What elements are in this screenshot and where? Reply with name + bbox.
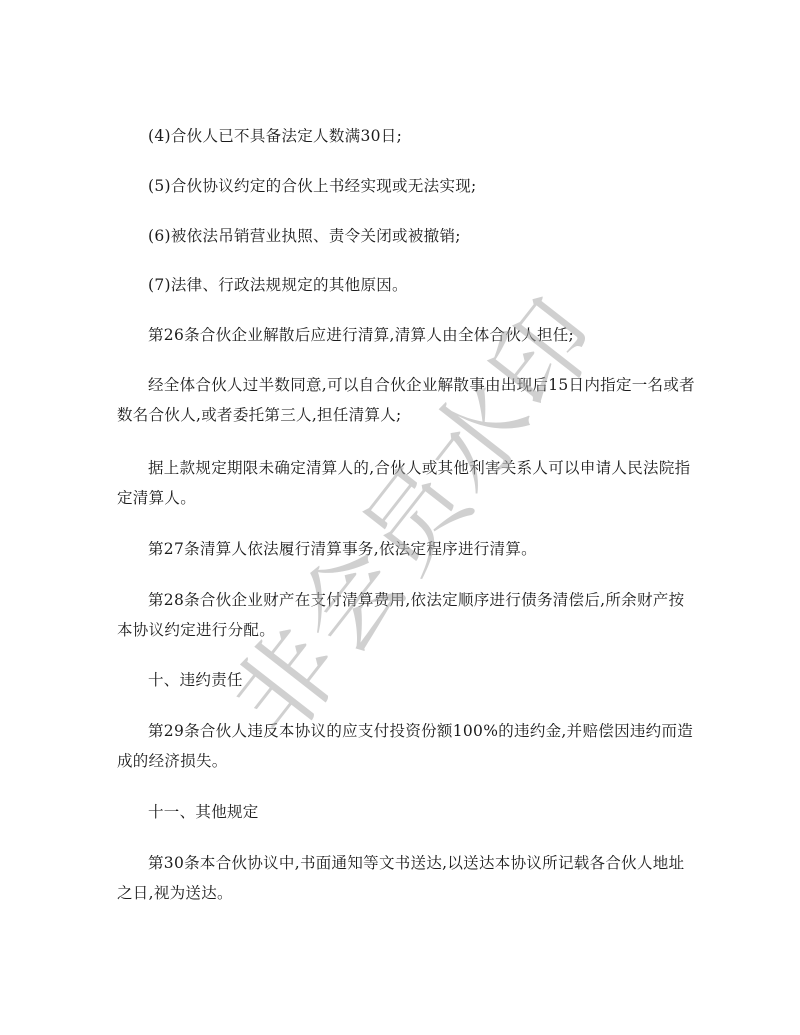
article-26: 第26条合伙企业解散后应进行清算,清算人由全体合伙人担任; (117, 320, 697, 350)
article-26-clause-2: 经全体合伙人过半数同意,可以自合伙企业解散事由出现后15日内指定一名或者数名合伙… (117, 370, 697, 430)
list-item-6: (6)被依法吊销营业执照、责令关闭或被撤销; (117, 221, 697, 251)
list-item-7: (7)法律、行政法规规定的其他原因。 (117, 270, 697, 300)
section-heading-breach-liability: 十、违约责任 (117, 665, 697, 695)
list-item-4: (4)合伙人已不具备法定人数满30日; (117, 121, 697, 151)
article-29: 第29条合伙人违反本协议的应支付投资份额100%的违约金,并赔偿因违约而造成的经… (117, 716, 697, 776)
article-27: 第27条清算人依法履行清算事务,依法定程序进行清算。 (117, 534, 697, 564)
list-item-5: (5)合伙协议约定的合伙上书经实现或无法实现; (117, 171, 697, 201)
article-30: 第30条本合伙协议中,书面通知等文书送达,以送达本协议所记载各合伙人地址之日,视… (117, 848, 697, 908)
article-26-clause-3: 据上款规定期限未确定清算人的,合伙人或其他利害关系人可以申请人民法院指定清算人。 (117, 453, 697, 513)
section-heading-other-provisions: 十一、其他规定 (117, 797, 697, 827)
document-page: (4)合伙人已不具备法定人数满30日; (5)合伙协议约定的合伙上书经实现或无法… (0, 0, 800, 1035)
article-28: 第28条合伙企业财产在支付清算费用,依法定顺序进行债务清偿后,所余财产按本协议约… (117, 585, 697, 645)
